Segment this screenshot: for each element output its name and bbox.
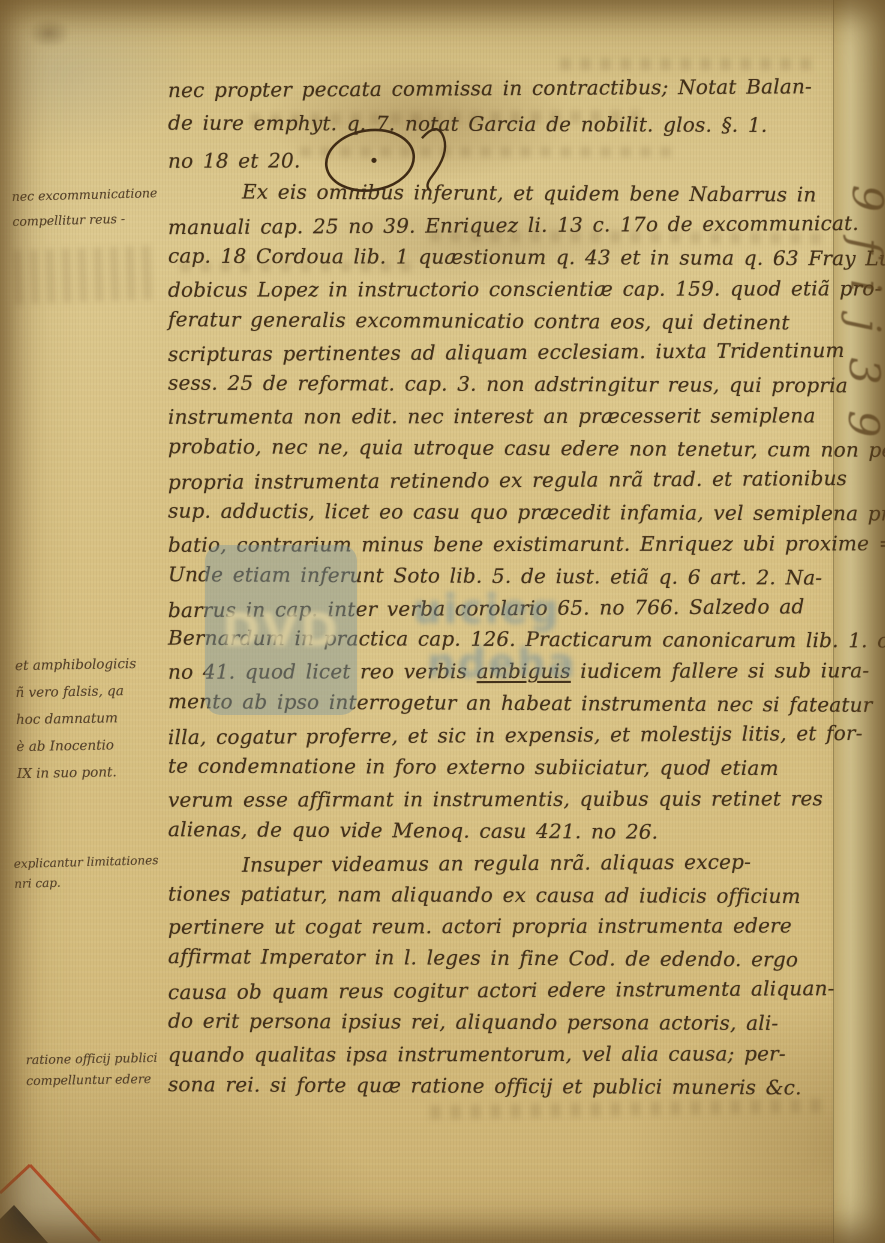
margin-note-limitations: explicantur limitationes nri cap.	[14, 850, 160, 894]
text-line: mento ab ipso interrogetur an habeat ins…	[168, 686, 882, 722]
margin-note-line: nec excommunicatione	[11, 180, 157, 209]
bleed-through-margin-text	[13, 246, 155, 305]
text-line: feratur generalis excommunicatio contra …	[168, 304, 882, 340]
text-line: Bernardum in practica cap. 126. Practica…	[168, 623, 882, 658]
text-line: alienas, de quo vide Menoq. casu 421. no…	[168, 814, 882, 850]
text-line: Unde etiam inferunt Soto lib. 5. de iust…	[168, 559, 882, 595]
text-line: tiones patiatur, nam aliquando ex causa …	[168, 878, 882, 913]
text-line: causa ob quam reus cogitur actori edere …	[168, 973, 882, 1009]
margin-note-line: IX in suo pont.	[17, 759, 139, 788]
corner-fold	[0, 1163, 110, 1243]
margin-note-line: explicantur limitationes	[14, 850, 159, 874]
margin-note-amphibology: et amphibologicis ñ vero falsis, qa hoc …	[15, 651, 139, 788]
text-line: probatio, nec ne, quia utroque casu eder…	[168, 431, 882, 467]
text-line: affirmat Imperator in l. leges in fine C…	[168, 942, 882, 978]
text-line: quando qualitas ipsa instrumentorum, vel…	[168, 1038, 882, 1071]
manuscript-page: 9fij39 nec propter peccata commissa in c…	[0, 0, 885, 1243]
text-line: nec propter peccata commissa in contract…	[168, 68, 882, 108]
margin-note-line: compelluntur edere	[26, 1068, 158, 1091]
text-line: cap. 18 Cordoua lib. 1 quæstionum q. 43 …	[168, 240, 882, 275]
ink-smudge-top-left	[28, 18, 70, 48]
text-line-with-underline: no 41. quod licet reo verbis ambiguis iu…	[168, 656, 882, 689]
text-line: te condemnatione in foro externo subiici…	[168, 751, 882, 786]
margin-note-line: et amphibologicis	[15, 651, 137, 680]
text-line: illa, cogatur proferre, et sic in expens…	[168, 718, 882, 754]
margin-note-line: nri cap.	[14, 870, 159, 894]
text-line: manuali cap. 25 no 39. Enriquez li. 13 c…	[168, 208, 882, 244]
text-line: instrumenta non edit. nec interest an pr…	[168, 400, 882, 433]
margin-note-line: ratione officij publici	[26, 1047, 158, 1070]
margin-note-line: è ab Inocentio	[16, 732, 138, 761]
text-line: scripturas pertinentes ad aliquam eccles…	[168, 335, 882, 371]
text-line: no 18 et 20.	[168, 141, 882, 178]
margin-note-line: ñ vero falsis, qa	[15, 678, 137, 707]
text-line: de iure emphyt. q. 7. notat Garcia de no…	[168, 105, 882, 144]
text-line: batio, contrarium minus bene existimarun…	[168, 528, 882, 561]
text-line: pertinere ut cogat reum. actori propria …	[168, 911, 882, 944]
margin-note-line: compellitur reus -	[12, 205, 158, 234]
text-line: dobicus Lopez in instructorio conscienti…	[168, 273, 882, 306]
show-through-glyphs: 9fij39	[833, 185, 885, 766]
text-line: propria instrumenta retinendo ex regula …	[168, 463, 882, 499]
text-line: sess. 25 de reformat. cap. 3. non adstri…	[168, 368, 882, 403]
text-line: Insuper videamus an regula nrã. aliquas …	[168, 846, 882, 882]
text-block: nec propter peccata commissa in contract…	[168, 70, 882, 1103]
text-line: sona rei. si forte quæ ratione officij e…	[168, 1069, 882, 1105]
underlined-word: ambiguis	[477, 659, 571, 683]
text-line: barrus in cap. inter verba corolario 65.…	[168, 590, 882, 626]
text-line: verum esse affirmant in instrumentis, qu…	[168, 783, 882, 816]
text-line: Ex eis omnibus inferunt, et quidem bene …	[168, 176, 882, 212]
margin-note-line: hoc damnatum	[16, 705, 138, 734]
margin-note-public-office: ratione officij publici compelluntur ede…	[26, 1047, 158, 1091]
text-line: do erit persona ipsius rei, aliquando pe…	[168, 1006, 882, 1041]
margin-note-excommunication: nec excommunicatione compellitur reus -	[11, 180, 158, 234]
text-line: sup. adductis, licet eo casu quo præcedi…	[168, 496, 882, 531]
